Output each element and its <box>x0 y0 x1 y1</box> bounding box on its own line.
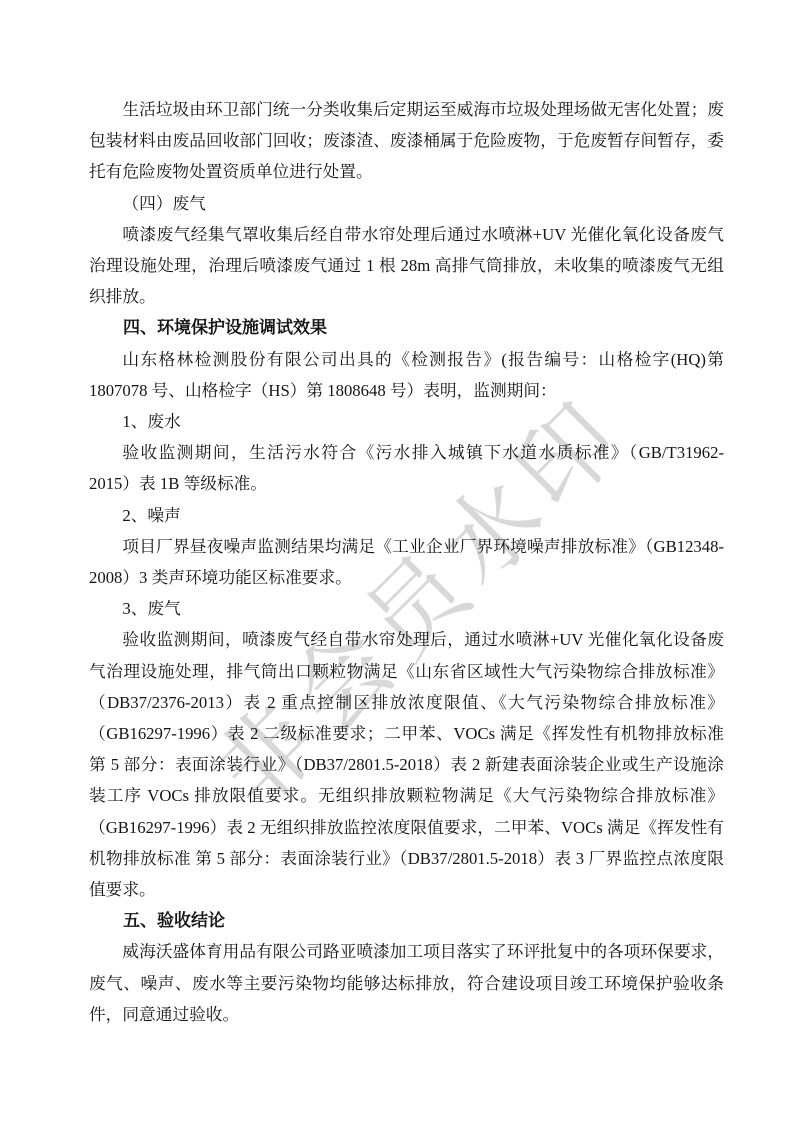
subheading-3-waste-gas: 3、废气 <box>89 593 724 624</box>
subheading-1-wastewater: 1、废水 <box>89 406 724 437</box>
paragraph-conclusion: 威海沃盛体育用品有限公司路亚喷漆加工项目落实了环评批复中的各项环保要求，废气、噪… <box>89 936 724 1030</box>
document-page: 非会员水印 生活垃圾由环卫部门统一分类收集后定期运至威海市垃圾处理场做无害化处置… <box>0 0 793 1122</box>
document-body: 生活垃圾由环卫部门统一分类收集后定期运至威海市垃圾处理场做无害化处置；废包装材料… <box>89 94 724 1030</box>
paragraph-solid-waste-disposal: 生活垃圾由环卫部门统一分类收集后定期运至威海市垃圾处理场做无害化处置；废包装材料… <box>89 94 724 188</box>
heading-section-four-debug-results: 四、环境保护设施调试效果 <box>89 312 724 343</box>
subheading-2-noise: 2、噪声 <box>89 500 724 531</box>
paragraph-waste-gas-treatment: 喷漆废气经集气罩收集后经自带水帘处理后通过水喷淋+UV 光催化氧化设备废气治理设… <box>89 219 724 313</box>
paragraph-noise-result: 项目厂界昼夜噪声监测结果均满足《工业企业厂界环境噪声排放标准》（GB12348-… <box>89 531 724 593</box>
subheading-4-waste-gas: （四）废气 <box>89 188 724 219</box>
paragraph-wastewater-result: 验收监测期间，生活污水符合《污水排入城镇下水道水质标准》（GB/T31962-2… <box>89 437 724 499</box>
heading-section-five-acceptance-conclusion: 五、验收结论 <box>89 905 724 936</box>
paragraph-waste-gas-result: 验收监测期间，喷漆废气经自带水帘处理后，通过水喷淋+UV 光催化氧化设备废气治理… <box>89 624 724 905</box>
paragraph-test-report: 山东格林检测股份有限公司出具的《检测报告》(报告编号：山格检字(HQ)第 180… <box>89 344 724 406</box>
